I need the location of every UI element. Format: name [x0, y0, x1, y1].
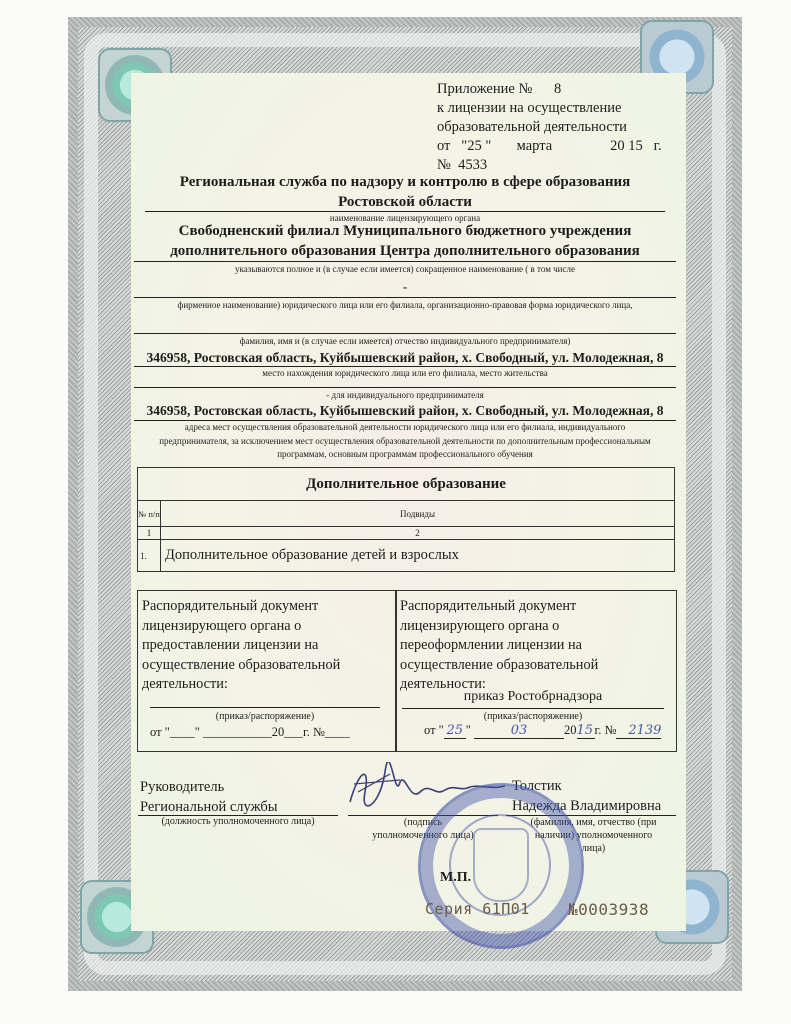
grant-document-date: от "____" ___________20___г. №____: [150, 725, 350, 740]
licensing-body-line: Региональная служба по надзору и контрол…: [150, 172, 660, 192]
doc-line: осуществление образовательной: [142, 656, 396, 676]
reissue-year: 15: [577, 723, 595, 739]
doc-line: предоставлении лицензии на: [142, 636, 396, 656]
year-prefix: 20: [564, 723, 577, 737]
column-index: 1: [138, 527, 161, 540]
reissue-number: 2139: [616, 723, 661, 739]
activity-address: 346958, Ростовская область, Куйбышевский…: [134, 401, 676, 421]
column-index: 2: [161, 527, 675, 540]
licensee-caption: фирменное наименование) юридического лиц…: [134, 299, 676, 311]
appendix-month: марта: [517, 138, 553, 154]
licensee-line: Свободненский филиал Муниципального бюдж…: [140, 221, 670, 241]
table-title: Дополнительное образование: [138, 468, 675, 501]
caption-line: предпринимателя, за исключением мест осу…: [125, 435, 685, 449]
appendix-number: 8: [554, 81, 561, 97]
appendix-label: Приложение №: [437, 81, 532, 97]
official-seal-icon: [418, 783, 584, 949]
number-value: 0003938: [578, 900, 649, 919]
licensee-caption: фамилия, имя и (в случае если имеется) о…: [134, 335, 676, 347]
doc-line: лицензирующего органа о: [142, 617, 396, 637]
doc-line: Распорядительный документ: [142, 597, 396, 617]
position-line: Руководитель: [140, 777, 278, 797]
reissue-document-value: приказ Ростобрнадзора: [402, 689, 664, 709]
licensee-short-name: -: [134, 279, 676, 295]
grant-document-box: Распорядительный документ лицензирующего…: [137, 590, 397, 752]
reissue-day: 25: [444, 723, 466, 739]
date-prefix: от ": [424, 723, 444, 737]
position-caption: (должность уполномоченного лица): [138, 816, 338, 828]
licensee-line: дополнительного образования Центра допол…: [140, 241, 670, 261]
reissue-document-caption: (приказ/распоряжение): [402, 711, 664, 723]
doc-line: лицензирующего органа о: [400, 617, 676, 637]
row-number: 1.: [138, 540, 161, 572]
column-header-no: № п/п: [138, 501, 161, 527]
divider: [134, 297, 676, 298]
form-series: Серия 61П01: [425, 900, 530, 918]
number-label: г. №: [595, 723, 617, 737]
doc-line: осуществление образовательной: [400, 656, 676, 676]
appendix-year: 20 15: [610, 138, 643, 154]
grant-document-caption: (приказ/распоряжение): [150, 711, 380, 723]
reissue-document-date: от "25" 032015г. №2139: [424, 723, 661, 739]
row-subtype: Дополнительное образование детей и взрос…: [161, 540, 675, 572]
divider: [134, 387, 676, 388]
licensee-name: Свободненский филиал Муниципального бюдж…: [140, 221, 670, 261]
education-table: Дополнительное образование № п/п Подвиды…: [137, 467, 675, 572]
table-row: 1. Дополнительное образование детей и вз…: [138, 540, 675, 572]
grant-document-value: [150, 689, 380, 708]
position-line: Региональной службы: [140, 797, 278, 817]
series-label: Серия: [425, 900, 473, 918]
location-caption: место нахождения юридического лица или е…: [134, 367, 676, 379]
activity-caption: адреса мест осуществления образовательно…: [125, 421, 685, 462]
divider: [134, 333, 676, 334]
appendix-line: образовательной деятельности: [437, 118, 662, 137]
license-no-label: №: [437, 157, 451, 173]
reissue-document-box: Распорядительный документ лицензирующего…: [395, 590, 677, 752]
caption-line: программам, основным программам професси…: [125, 448, 685, 462]
location-address: 346958, Ростовская область, Куйбышевский…: [134, 348, 676, 368]
licensing-body: Региональная служба по надзору и контрол…: [150, 172, 660, 212]
number-label: №: [568, 900, 578, 919]
year-suffix: г.: [654, 138, 662, 154]
form-number: №0003938: [568, 900, 649, 919]
date-prefix: от: [437, 138, 450, 154]
doc-line: Распорядительный документ: [400, 597, 676, 617]
reissue-month: 03: [474, 723, 564, 739]
location-caption: - для индивидуального предпринимателя: [134, 389, 676, 401]
divider: [134, 261, 676, 262]
column-header-subtype: Подвиды: [161, 501, 675, 527]
series-value: 61П01: [482, 900, 530, 918]
license-number: 4533: [458, 157, 487, 173]
doc-line: переоформлении лицензии на: [400, 636, 676, 656]
appendix-header: Приложение № 8 к лицензии на осуществлен…: [437, 80, 662, 175]
appendix-line: к лицензии на осуществление: [437, 99, 662, 118]
licensing-body-line: Ростовской области: [150, 192, 660, 212]
licensee-caption: указываются полное и (в случае если имее…: [134, 263, 676, 275]
signatory-position: Руководитель Региональной службы: [140, 777, 278, 817]
appendix-day: "25 ": [461, 138, 491, 154]
stamp-label: М.П.: [440, 870, 471, 886]
caption-line: адреса мест осуществления образовательно…: [125, 421, 685, 435]
